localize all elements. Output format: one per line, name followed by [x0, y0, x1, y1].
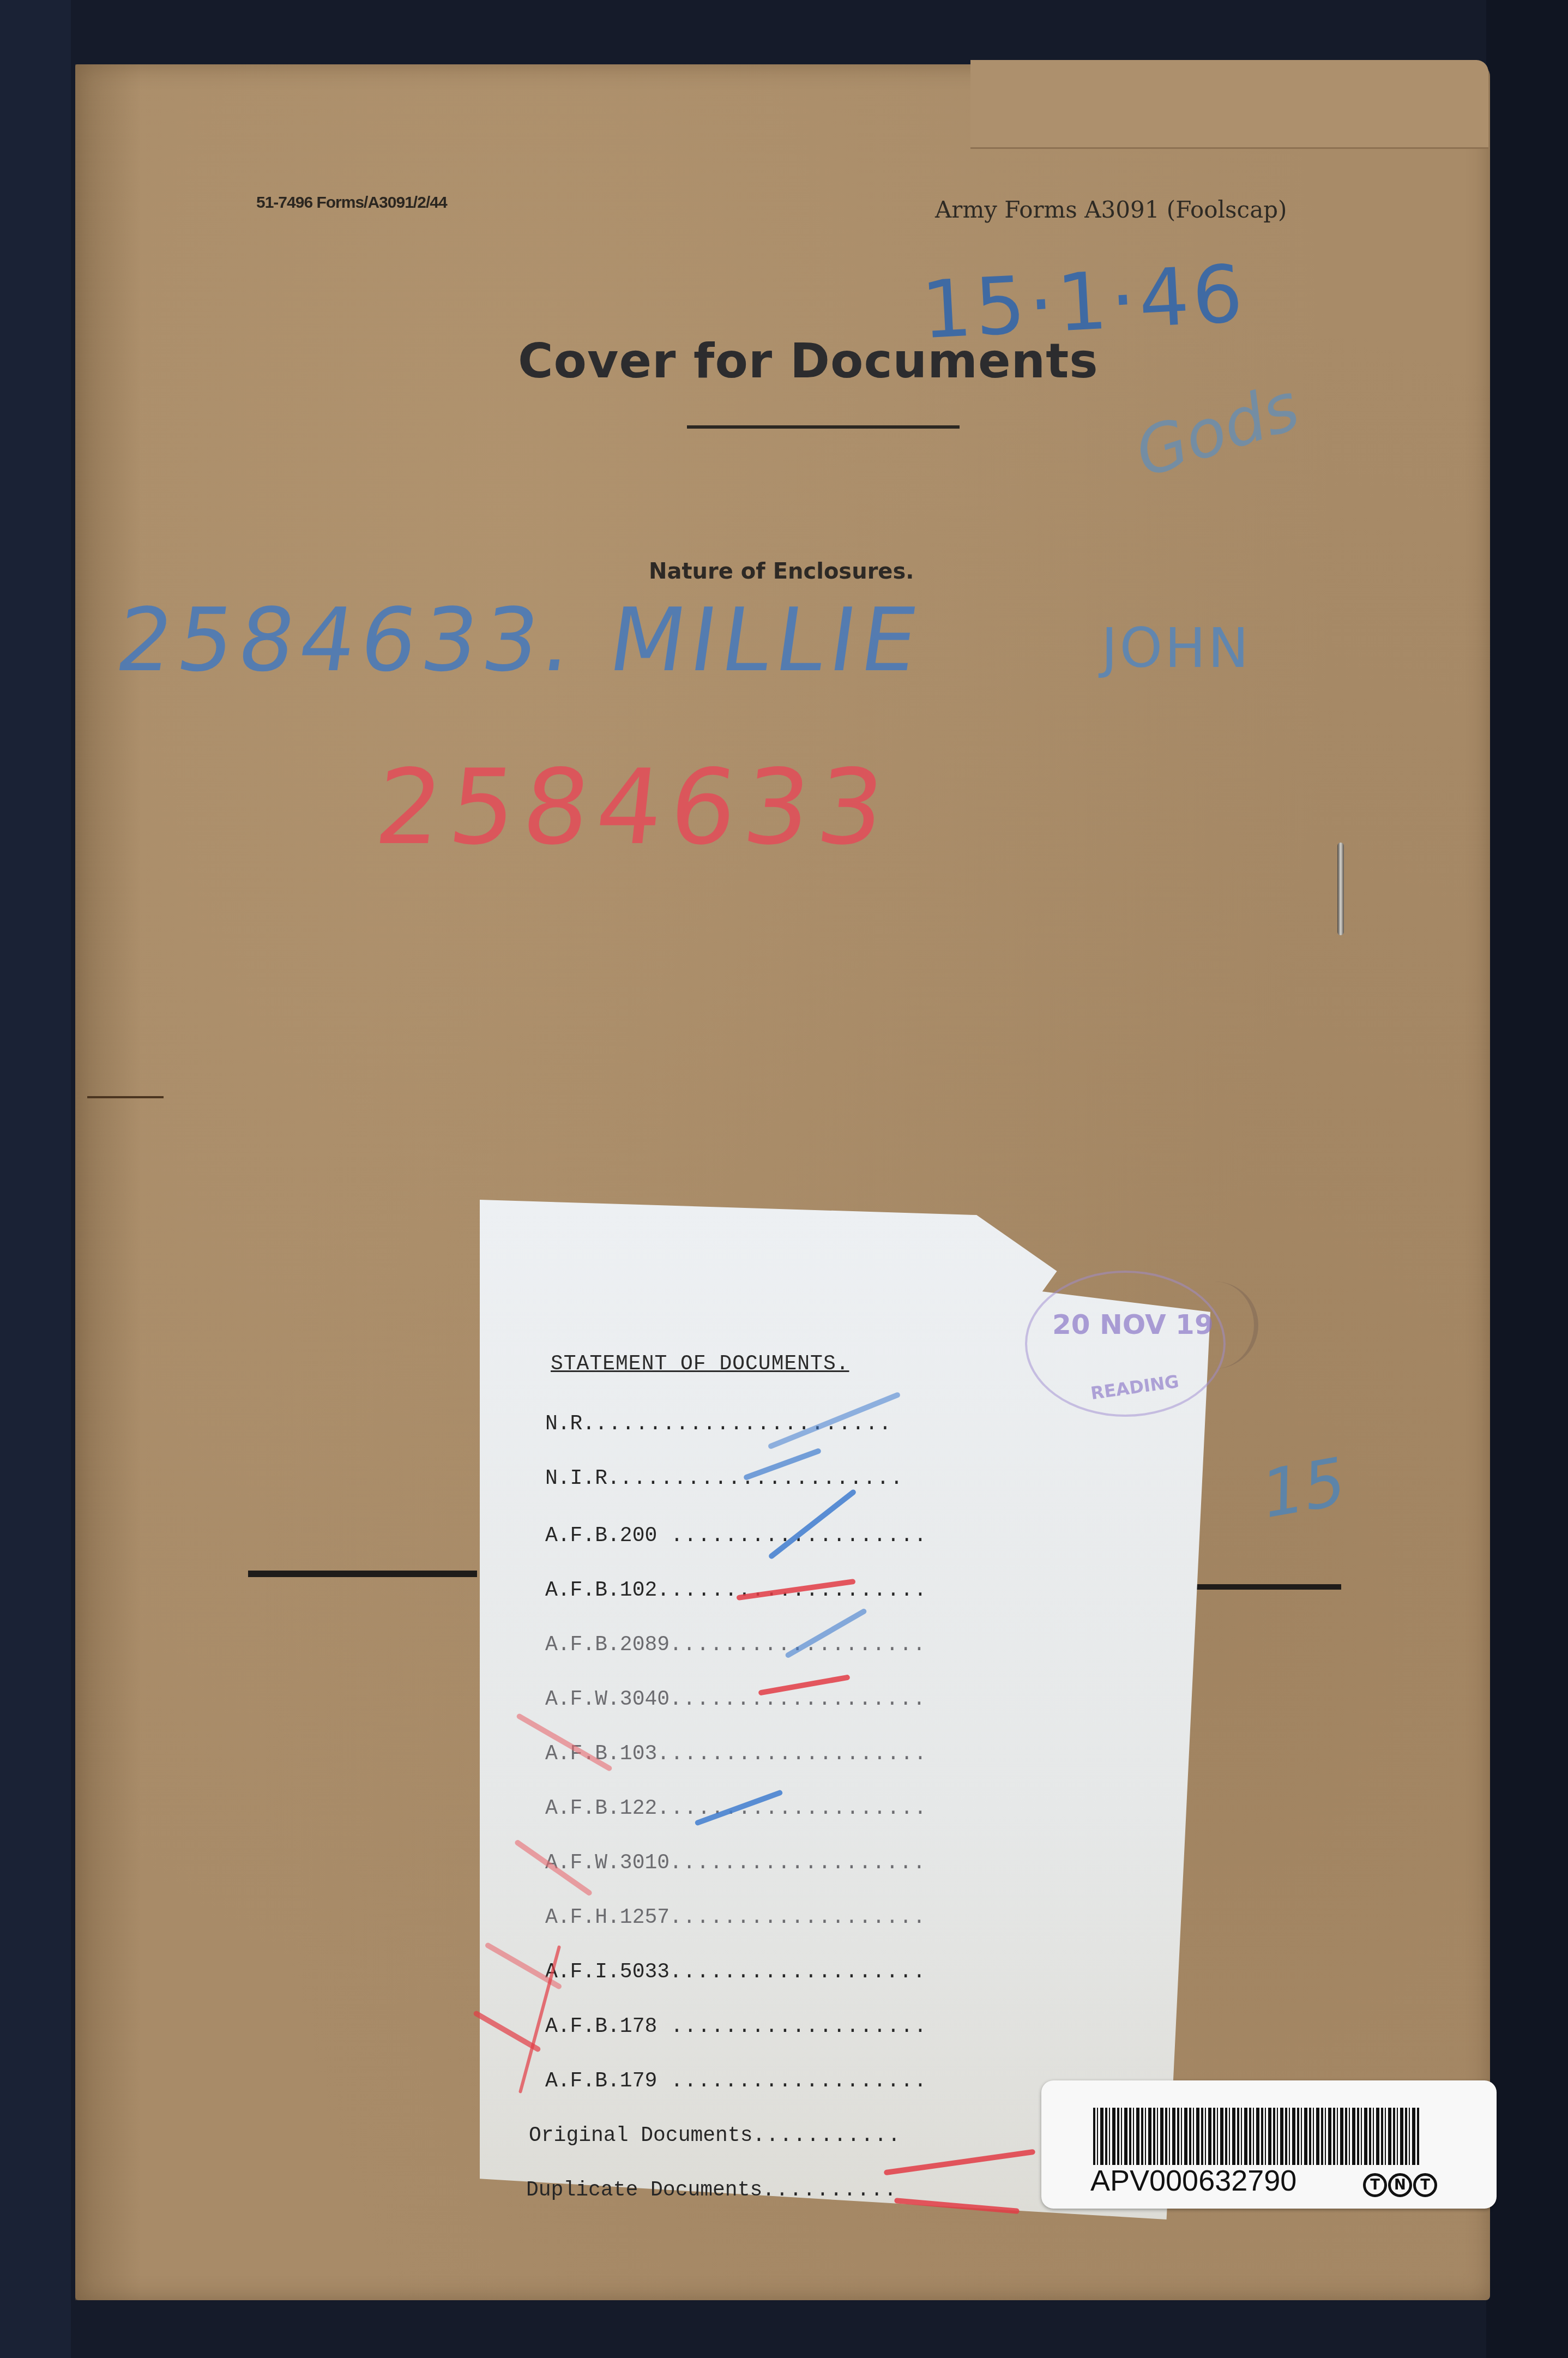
handwritten-red-number: 2584633	[370, 747, 897, 868]
row-label: A.F.B.200	[545, 1524, 657, 1548]
barcode-icon	[1093, 2108, 1420, 2165]
statement-row: N.I.R......................	[545, 1467, 904, 1490]
statement-row: A.F.W.3010...................	[545, 1851, 926, 1875]
rule-line	[248, 1571, 477, 1577]
row-label: N.R.	[545, 1412, 595, 1436]
statement-row: A.F.H.1257...................	[545, 1906, 926, 1929]
row-label: A.F.B.122	[545, 1797, 657, 1820]
enclosures-label: Nature of Enclosures.	[649, 559, 914, 584]
row-leader: ...................	[670, 1633, 926, 1657]
statement-row: A.F.B.178 ...................	[545, 2015, 927, 2038]
stamp-date: 20 NOV 19	[1052, 1309, 1214, 1340]
barcode-number: APV000632790	[1090, 2164, 1296, 2198]
logo-letter: T	[1413, 2173, 1437, 2197]
form-code: 51-7496 Forms/A3091/2/44	[256, 194, 447, 212]
statement-row: A.F.I.5033...................	[545, 1960, 926, 1984]
handwritten-service-number-surname: 2584633. MILLIE	[110, 589, 929, 691]
row-label: A.F.B.102	[545, 1579, 657, 1602]
backdrop	[1486, 0, 1568, 2358]
handwritten-date: 15·1·46	[919, 248, 1248, 357]
title-underline	[687, 425, 960, 429]
statement-row: Duplicate Documents..........	[526, 2179, 897, 2202]
row-leader: ...................	[670, 1960, 926, 1984]
row-leader: ...................	[670, 1851, 926, 1875]
statement-title: STATEMENT OF DOCUMENTS.	[551, 1352, 849, 1376]
staple-icon	[1337, 843, 1344, 935]
row-label: Duplicate Documents	[526, 2179, 762, 2202]
handwritten-first-name: JOHN	[1101, 616, 1251, 680]
statement-row: Original Documents...........	[529, 2124, 901, 2148]
row-leader: ...................	[670, 1688, 926, 1711]
row-label: A.F.B.2089	[545, 1633, 670, 1657]
logo-letter: N	[1388, 2173, 1412, 2197]
row-label: A.F.I.5033	[545, 1960, 670, 1984]
row-leader: ...........	[752, 2124, 901, 2148]
statement-row: A.F.B.200 ...................	[545, 1524, 927, 1548]
row-leader: ...................	[657, 2015, 927, 2038]
statement-row: A.F.B.2089...................	[545, 1633, 926, 1657]
row-leader: ....................	[657, 1742, 927, 1766]
folder-flap	[970, 60, 1488, 149]
row-leader: ...................	[657, 2070, 927, 2093]
row-label: A.F.H.1257	[545, 1906, 670, 1929]
row-leader: ..........	[762, 2179, 897, 2202]
row-leader: ...................	[670, 1906, 926, 1929]
row-label: A.F.B.179	[545, 2070, 657, 2093]
row-label: Original Documents	[529, 2124, 752, 2148]
folder-spine	[75, 64, 141, 2300]
row-label: A.F.B.178	[545, 2015, 657, 2038]
rule-line	[1189, 1584, 1341, 1590]
row-leader: ....................	[657, 1797, 927, 1820]
logo-letter: T	[1363, 2173, 1387, 2197]
backdrop	[0, 0, 71, 2358]
row-label: N.I.R.	[545, 1467, 620, 1490]
statement-row: A.F.B.179 ...................	[545, 2070, 927, 2093]
tnt-logo-icon: T N T	[1363, 2173, 1437, 2197]
row-label: A.F.W.3040	[545, 1688, 670, 1711]
form-name: Army Forms A3091 (Foolscap)	[935, 196, 1287, 223]
handwritten-count: 15	[1256, 1444, 1352, 1533]
statement-row: A.F.W.3040...................	[545, 1688, 926, 1711]
tear-mark	[87, 1096, 164, 1104]
